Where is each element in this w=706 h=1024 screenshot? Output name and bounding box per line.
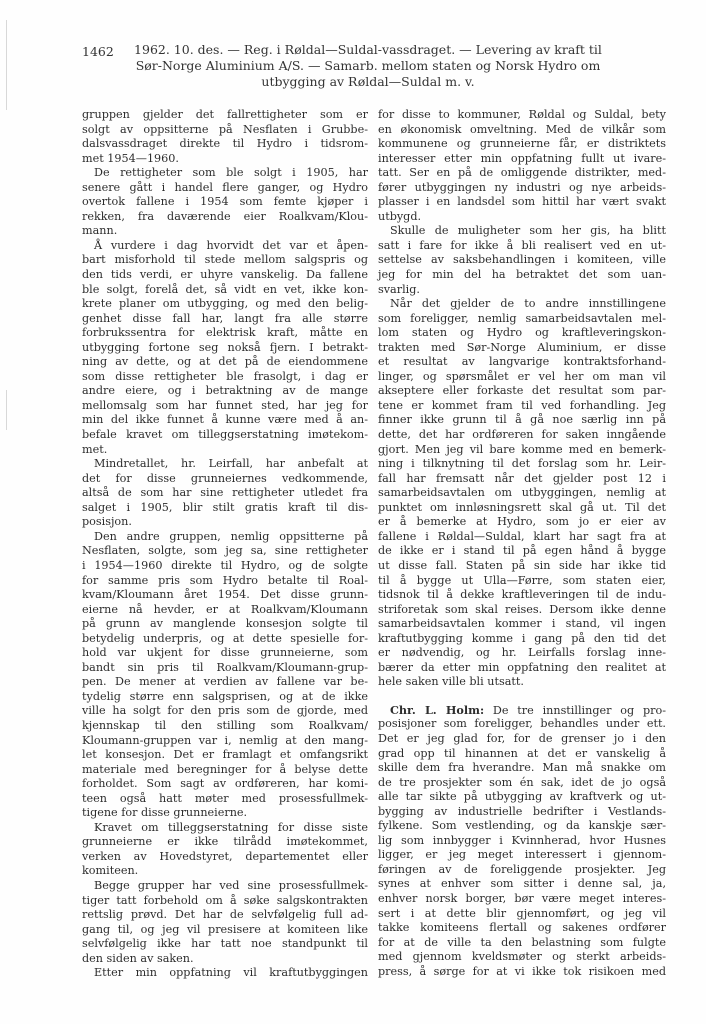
running-header-line: Sør-Norge Aluminium A/S. — Samarb. mello… (128, 58, 608, 74)
text-line: gruppen gjelder det fallrettigheter som … (82, 108, 368, 123)
text-line: punktet om innløsningsrett skal gå ut. T… (378, 501, 666, 516)
text-line: tidsnok til å dekke kraftleveringen til … (378, 588, 666, 603)
text-line: let konsesjon. Det er framlagt et omfang… (82, 748, 368, 763)
text-line: Den andre gruppen, nemlig oppsitterne på (82, 530, 368, 545)
text-line: fører utbyggingen ny industri og nye arb… (378, 181, 666, 196)
text-line: materiale med beregninger for å belyse d… (82, 763, 368, 778)
text-line: settelse av saksbehandlingen i komiteen,… (378, 253, 666, 268)
text-line: utbygd. (378, 210, 666, 225)
text-line: utbygging fortone seg nokså fjern. I bet… (82, 341, 368, 356)
text-line: Mindretallet, hr. Leirfall, har anbefalt… (82, 457, 368, 472)
text-line: gjort. Men jeg vil bare komme med en bem… (378, 443, 666, 458)
text-line: Begge grupper har ved sine prosessfullme… (82, 879, 368, 894)
text-line: mann. (82, 224, 368, 239)
text-line: altså de som har sine rettigheter utlede… (82, 486, 368, 501)
running-header-line: 1962. 10. des. — Reg. i Røldal—Suldal-va… (128, 42, 608, 58)
text-line: tydelig større enn salgsprisen, og at de… (82, 690, 368, 705)
text-line: Etter min oppfatning vil kraftutbygginge… (82, 966, 368, 981)
right-text-column: for disse to kommuner, Røldal og Suldal,… (378, 108, 666, 979)
text-line: met. (82, 443, 368, 458)
text-line: som disse rettigheter ble frasolgt, i da… (82, 370, 368, 385)
text-line: alle tar sikte på utbygging av kraftverk… (378, 790, 666, 805)
scan-edge-mark (6, 390, 7, 430)
text-line: satt i fare for ikke å bli realisert ved… (378, 239, 666, 254)
text-line: kvam/Kloumann året 1954. Det disse grunn… (82, 588, 368, 603)
text-line: tatt. Ser en på de omliggende distrikter… (378, 166, 666, 181)
text-line: som foreligger, nemlig samarbeidsavtalen… (378, 312, 666, 327)
text-line: Når det gjelder de to andre innstillinge… (378, 297, 666, 312)
text-line: komiteen. (82, 864, 368, 879)
text-line: fylkene. Som vestlending, og da kanskje … (378, 819, 666, 834)
text-line: met 1954—1960. (82, 152, 368, 167)
text-line: solgt av oppsitterne på Nesflaten i Grub… (82, 123, 368, 138)
text-line: bærer da etter min oppfatning den realit… (378, 661, 666, 676)
text-line: eierne nå hevder, er at Roalkvam/Klouman… (82, 603, 368, 618)
text-line: De rettigheter som ble solgt i 1905, har (82, 166, 368, 181)
left-text-column: gruppen gjelder det fallrettigheter som … (82, 108, 368, 981)
text-line: Skulle de muligheter som her gis, ha bli… (378, 224, 666, 239)
text-line: tene er kommet fram til ved forhandling.… (378, 399, 666, 414)
text-line: dalsvassdraget direkte til Hydro i tidsr… (82, 137, 368, 152)
text-line: posisjon. (82, 515, 368, 530)
text-line: mellomsalg som har funnet sted, har jeg … (82, 399, 368, 414)
text-line: til å bygge ut Ulla—Førre, som staten ei… (378, 574, 666, 589)
text-line: grunneierne er ikke tilrådd imøtekommet, (82, 835, 368, 850)
text-line: lom staten og Hydro og kraftleveringskon… (378, 326, 666, 341)
text-line: enhver norsk borger, bør være meget inte… (378, 892, 666, 907)
text-line: ligger, er jeg meget interessert i gjenn… (378, 848, 666, 863)
text-line: min del ikke funnet å kunne være med å a… (82, 413, 368, 428)
text-line: sert i at dette blir gjennomført, og jeg… (378, 907, 666, 922)
text-line: rettslig prøvd. Det har de selvfølgelig … (82, 908, 368, 923)
text-line: bandt sin pris til Roalkvam/Kloumann-gru… (82, 661, 368, 676)
text-line: i 1954—1960 direkte til Hydro, og de sol… (82, 559, 368, 574)
text-line: bart misforhold til stede mellom salgspr… (82, 253, 368, 268)
text-line: hele saken ville bli utsatt. (378, 675, 666, 690)
text-line: ville ha solgt for den pris som de gjord… (82, 704, 368, 719)
text-line: lig som innbygger i Kvinnherad, hvor Hus… (378, 834, 666, 849)
text-line: akseptere eller forkaste det resultat so… (378, 384, 666, 399)
text-line: svarlig. (378, 283, 666, 298)
text-line: trakten med Sør-Norge Aluminium, er diss… (378, 341, 666, 356)
text-line: finner ikke grunn til å gå noe særlig in… (378, 413, 666, 428)
text-line: samarbeidsavtalen kommer i stand, vil in… (378, 617, 666, 632)
text-line: tigene for disse grunneierne. (82, 806, 368, 821)
text-line: Å vurdere i dag hvorvidt det var et åpen… (82, 239, 368, 254)
text-line: for disse to kommuner, Røldal og Suldal,… (378, 108, 666, 123)
text-line: posisjoner som foreligger, behandles und… (378, 717, 666, 732)
document-page: 1462 1962. 10. des. — Reg. i Røldal—Suld… (0, 0, 706, 1024)
right-column-continuation: for disse to kommuner, Røldal og Suldal,… (378, 108, 666, 690)
text-line: fall har fremsatt når det gjelder post 1… (378, 472, 666, 487)
paragraph-gap (378, 690, 666, 703)
text-line: takke komiteens flertall og sakenes ordf… (378, 921, 666, 936)
text-line: bygging av industrielle bedrifter i Vest… (378, 805, 666, 820)
text-line: genhet disse fall har, langt fra alle st… (82, 312, 368, 327)
text-line: skille dem fra hverandre. Man må snakke … (378, 761, 666, 776)
text-line: selvfølgelig ikke har tatt noe standpunk… (82, 937, 368, 952)
text-line: det for disse grunneiernes vedkommende, (82, 472, 368, 487)
text-line: er å bemerke at Hydro, som jo er eier av (378, 515, 666, 530)
text-line: forholdet. Som sagt av ordføreren, har k… (82, 777, 368, 792)
text-line: synes at enhver som sitter i denne sal, … (378, 877, 666, 892)
text-line: på grunn av manglende konsesjon solgte t… (82, 617, 368, 632)
text-line: føringen av de foreliggende prosjekter. … (378, 863, 666, 878)
text-line: kommunene og grunneierne får, er distrik… (378, 137, 666, 152)
text-line: rekken, fra daværende eier Roalkvam/Klou… (82, 210, 368, 225)
text-line: andre eiere, og i betraktning av de mang… (82, 384, 368, 399)
text-line: for samme pris som Hydro betalte til Roa… (82, 574, 368, 589)
text-line: med gjennom kveldsmøter og sterkt arbeid… (378, 950, 666, 965)
text-line: krete planer om utbygging, og med den be… (82, 297, 368, 312)
text-line: ning av dette, og at det på de eiendomme… (82, 355, 368, 370)
text-line: fallene i Røldal—Suldal, klart har sagt … (378, 530, 666, 545)
scan-edge-mark (6, 20, 7, 110)
text-line: overtok fallene i 1954 som femte kjøper … (82, 195, 368, 210)
running-header: 1962. 10. des. — Reg. i Røldal—Suldal-va… (128, 42, 608, 90)
speaker-line: Chr. L. Holm: De tre innstillinger og pr… (378, 703, 666, 718)
text-line: striforetak som skal reises. Dersom ikke… (378, 603, 666, 618)
page-number: 1462 (82, 44, 114, 59)
text-line: teen også hatt møter med prosessfullmek- (82, 792, 368, 807)
text-line: press, å sørge for at vi ikke tok risiko… (378, 965, 666, 980)
text-line: forbrukssentra for elektrisk kraft, mått… (82, 326, 368, 341)
text-line: plasser i en landsdel som hittil har vær… (378, 195, 666, 210)
text-line: ning i tilknytning til det forslag som h… (378, 457, 666, 472)
text-line: samarbeidsavtalen om utbyggingen, nemlig… (378, 486, 666, 501)
text-line: et resultat av langvarige kontraktsforha… (378, 355, 666, 370)
text-line: grad opp til hinannen at det er vanskeli… (378, 747, 666, 762)
text-line: for at de ville ta den belastning som fu… (378, 936, 666, 951)
text-line: Det er jeg glad for, for de grenser jo i… (378, 732, 666, 747)
text-line: pen. De mener at verdien av fallene var … (82, 675, 368, 690)
text-line: hold var ukjent for disse grunneierne, s… (82, 646, 368, 661)
text-line: den tids verdi, er uhyre vanskelig. Da f… (82, 268, 368, 283)
text-line: den siden av saken. (82, 952, 368, 967)
speaker-line-text: De tre innstillinger og pro- (484, 704, 666, 717)
text-line: jeg for min del ha betraktet det som uan… (378, 268, 666, 283)
text-line: Kloumann-gruppen var i, nemlig at den ma… (82, 734, 368, 749)
text-line: senere gått i handel flere ganger, og Hy… (82, 181, 368, 196)
speaker-statement: posisjoner som foreligger, behandles und… (378, 717, 666, 979)
text-line: de tre prosjekter som én sak, idet de jo… (378, 776, 666, 791)
text-line: dette, det har ordføreren for saken inng… (378, 428, 666, 443)
text-line: ut disse fall. Staten på sin side har ik… (378, 559, 666, 574)
text-line: salget i 1905, blir stilt gratis kraft t… (82, 501, 368, 516)
text-line: kraftutbygging komme i gang på den tid d… (378, 632, 666, 647)
running-header-line: utbygging av Røldal—Suldal m. v. (128, 74, 608, 90)
text-line: ble solgt, forelå det, så vidt en vet, i… (82, 283, 368, 298)
text-line: kjennskap til den stilling som Roalkvam/ (82, 719, 368, 734)
text-line: de ikke er i stand til på egen hånd å by… (378, 544, 666, 559)
text-line: gang til, og jeg vil presisere at komite… (82, 923, 368, 938)
text-line: tiger tatt forbehold om å søke salgskont… (82, 894, 368, 909)
speaker-name: Chr. L. Holm: (390, 703, 484, 717)
text-line: en økonomisk omveltning. Med de vilkår s… (378, 123, 666, 138)
text-line: Nesflaten, solgte, som jeg sa, sine rett… (82, 544, 368, 559)
text-line: interesser etter min oppfatning fullt ut… (378, 152, 666, 167)
text-line: er nødvendig, og hr. Leirfalls forslag i… (378, 646, 666, 661)
text-line: betydelig underpris, og at dette spesiel… (82, 632, 368, 647)
text-line: verken av Hovedstyret, departementet ell… (82, 850, 368, 865)
text-line: Kravet om tilleggserstatning for disse s… (82, 821, 368, 836)
text-line: befale kravet om tilleggserstatning imøt… (82, 428, 368, 443)
text-line: linger, og spørsmålet er vel her om man … (378, 370, 666, 385)
